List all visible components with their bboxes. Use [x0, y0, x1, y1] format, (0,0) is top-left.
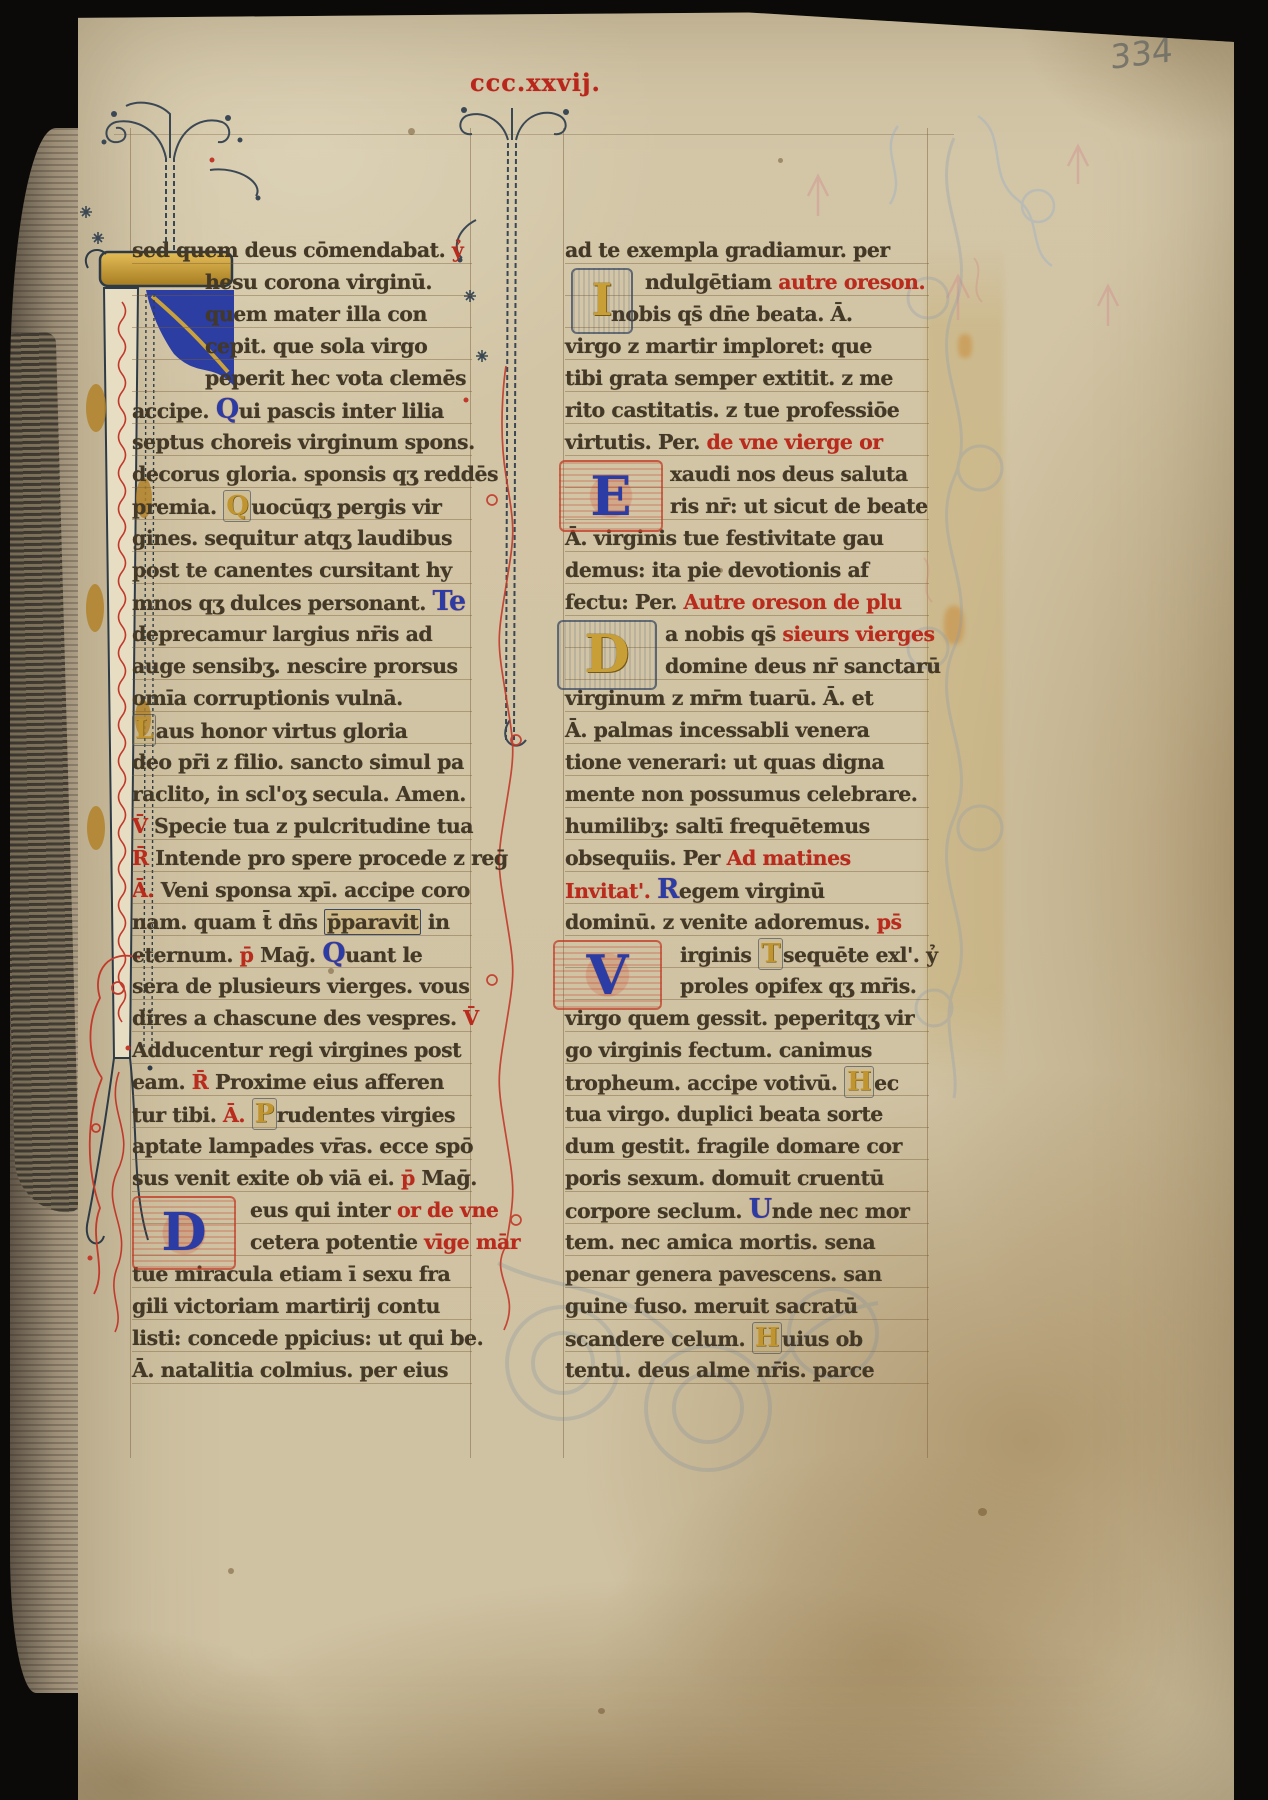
- body-text: listi: concede ppicius: ut qui be.: [132, 1326, 483, 1350]
- text-line: nobis qs̄ dn̄e beata. Ā.: [565, 298, 929, 330]
- rubric-text: de vne vierge or: [707, 430, 883, 454]
- text-line: Invitat'. Regem virginū: [565, 874, 929, 906]
- right-text-column: ad te exempla gradiamur. perndulgētiam a…: [565, 234, 929, 1404]
- body-text: poris sexum. domuit cruentū: [565, 1166, 884, 1190]
- parchment-leaf: ccc.xxvij. 334: [78, 8, 1234, 1800]
- text-line: ad te exempla gradiamur. per: [565, 234, 929, 266]
- body-text: uius ob: [782, 1327, 863, 1351]
- text-line: Adducentur regi virgines post: [132, 1034, 472, 1066]
- text-line: peperit hec vota clemēs: [132, 362, 472, 394]
- body-text: Specie tua z pulcritudine tua: [154, 814, 473, 838]
- manuscript-photo: ccc.xxvij. 334: [0, 0, 1268, 1800]
- inline-initial: U: [749, 1194, 772, 1225]
- text-line: post te canentes cursitant hy: [132, 554, 472, 586]
- text-line: a nobis qs̄ sieurs vierges: [565, 618, 929, 650]
- text-line: corpore seclum. Unde nec mor: [565, 1194, 929, 1226]
- stain-speck: [598, 1708, 605, 1714]
- body-text: Maḡ.: [260, 943, 322, 967]
- rubric-text: p̄: [240, 943, 260, 967]
- body-text: tue miracula etiam ī sexu fra: [132, 1262, 450, 1286]
- rubric-text: Ā.: [223, 1103, 252, 1127]
- text-line: tua virgo. duplici beata sorte: [565, 1098, 929, 1130]
- text-line: mnos qʒ dulces personant. Te: [132, 586, 472, 618]
- body-text: go virginis fectum. canimus: [565, 1038, 872, 1062]
- text-line: Ā. virginis tue festivitate gau: [565, 522, 929, 554]
- text-line: tue miracula etiam ī sexu fra: [132, 1258, 472, 1290]
- body-text: Adducentur regi virgines post: [132, 1038, 461, 1062]
- body-text: mnos qʒ dulces personant.: [132, 591, 433, 615]
- text-line: Ā. palmas incessabli venera: [565, 714, 929, 746]
- body-text: hesu corona virginū.: [205, 270, 432, 294]
- rubric-text: or de vne: [397, 1198, 498, 1222]
- rubric-text: ỷ: [445, 238, 463, 262]
- rubric-text: Ā.: [132, 878, 161, 902]
- body-text: dominū. z venite adoremus.: [565, 910, 877, 934]
- body-text: uocūqʒ pergis vir: [251, 495, 441, 519]
- body-text: gili victoriam martirij contu: [132, 1294, 440, 1318]
- body-text: peperit hec vota clemēs: [205, 366, 466, 390]
- text-line: dum gestit. fragile domare cor: [565, 1130, 929, 1162]
- text-line: ndulgētiam autre oreson.: [565, 266, 929, 298]
- text-line: rito castitatis. z tue professiōe: [565, 394, 929, 426]
- body-text: Veni sponsa xpī. accipe coro: [161, 878, 470, 902]
- text-line: dominū. z venite adoremus. ps̄: [565, 906, 929, 938]
- stain-speck: [328, 968, 334, 974]
- stain-speck: [978, 1508, 987, 1516]
- inline-initial: Te: [433, 586, 466, 617]
- body-text: premia.: [132, 495, 223, 519]
- text-line: tibi grata semper extitit. z me: [565, 362, 929, 394]
- text-line: fectu: Per. Autre oreson de plu: [565, 586, 929, 618]
- inline-initial: P: [252, 1098, 277, 1130]
- body-text: sera de plusieurs vierges. vous: [132, 974, 469, 998]
- text-line: virginum z mr̄m tuarū. Ā. et: [565, 682, 929, 714]
- body-text: virgo z martir imploret: que: [565, 334, 872, 358]
- text-line: tentu. deus alme nr̄is. parce: [565, 1354, 929, 1386]
- text-line: V̄ Specie tua z pulcritudine tua: [132, 810, 472, 842]
- facing-folio-text-edge: [10, 332, 80, 1213]
- left-text-column: sed quem deus cōmendabat. ỷhesu corona v…: [132, 234, 472, 1404]
- body-text: ec: [874, 1071, 899, 1095]
- body-text: penar genera pavescens. san: [565, 1262, 882, 1286]
- rubric-text: Autre oreson de plu: [684, 590, 902, 614]
- text-line: nam. quam t̄ dn̄s p̄paravit in: [132, 906, 472, 938]
- text-line: gili victoriam martirij contu: [132, 1290, 472, 1322]
- body-text: sus venit exite ob viā ei.: [132, 1166, 401, 1190]
- body-text: Proxime eius afferen: [215, 1070, 444, 1094]
- rubric-text: p̄: [401, 1166, 421, 1190]
- inline-initial: R: [657, 874, 679, 905]
- body-text: in: [421, 910, 449, 934]
- stain-speck: [778, 158, 783, 163]
- text-line: accipe. Qui pascis inter lilia: [132, 394, 472, 426]
- body-text: a nobis qs̄: [665, 622, 782, 646]
- text-line: dires a chascune des vespres. V̄: [132, 1002, 472, 1034]
- body-text: tua virgo. duplici beata sorte: [565, 1102, 883, 1126]
- page-heading-roman-numeral: ccc.xxvij.: [470, 68, 601, 97]
- body-text: post te canentes cursitant hy: [132, 558, 452, 582]
- rubric-text: V̄: [132, 814, 154, 838]
- body-text: aus honor virtus gloria: [156, 719, 408, 743]
- inline-initial: H: [752, 1322, 782, 1354]
- rubric-text: Ad matines: [727, 846, 851, 870]
- body-text: eternum.: [132, 943, 240, 967]
- text-line: go virginis fectum. canimus: [565, 1034, 929, 1066]
- body-text: sed quem deus cōmendabat.: [132, 238, 445, 262]
- text-line: Ā. natalitia colmius. per eius: [132, 1354, 472, 1386]
- body-text: egem virginū: [679, 879, 825, 903]
- text-line: domine deus nr̄ sanctarū: [565, 650, 929, 682]
- body-text: p̄paravit: [324, 909, 421, 935]
- body-text: fectu: Per.: [565, 590, 684, 614]
- text-line: R̄ Intende pro spere procede z reḡ: [132, 842, 472, 874]
- rubric-text: R̄: [192, 1070, 215, 1094]
- body-text: demus: ita pie devotionis af: [565, 558, 869, 582]
- body-text: rito castitatis. z tue professiōe: [565, 398, 899, 422]
- body-text: Maḡ.: [421, 1166, 476, 1190]
- text-line: scandere celum. Huius ob: [565, 1322, 929, 1354]
- text-line: eternum. p̄ Maḡ. Quant le: [132, 938, 472, 970]
- body-text: nam. quam t̄ dn̄s: [132, 910, 324, 934]
- body-text: nde nec mor: [772, 1199, 910, 1223]
- text-line: tur tibi. Ā. Prudentes virgies: [132, 1098, 472, 1130]
- text-line: virgo quem gessit. peperitqʒ vir: [565, 1002, 929, 1034]
- rubric-text: vīge mār: [424, 1230, 520, 1254]
- body-text: ad te exempla gradiamur. per: [565, 238, 890, 262]
- text-line: omīa corruptionis vulnā.: [132, 682, 472, 714]
- body-text: tropheum. accipe votivū.: [565, 1071, 844, 1095]
- body-text: irginis: [680, 943, 758, 967]
- text-line: xaudi nos deus saluta: [565, 458, 929, 490]
- body-text: tibi grata semper extitit. z me: [565, 366, 893, 390]
- body-text: gines. sequitur atqʒ laudibus: [132, 526, 452, 550]
- body-text: Intende pro spere procede z reḡ: [155, 846, 508, 870]
- text-line: sus venit exite ob viā ei. p̄ Maḡ.: [132, 1162, 472, 1194]
- body-text: septus choreis virginum spons.: [132, 430, 475, 454]
- text-line: deprecamur largius nr̄is ad: [132, 618, 472, 650]
- body-text: quem mater illa con: [205, 302, 427, 326]
- text-line: cepit. que sola virgo: [132, 330, 472, 362]
- text-line: quem mater illa con: [132, 298, 472, 330]
- body-text: xaudi nos deus saluta: [670, 462, 908, 486]
- body-text: omīa corruptionis vulnā.: [132, 686, 403, 710]
- body-text: ris nr̄: ut sicut de beate: [670, 494, 928, 518]
- body-text: deprecamur largius nr̄is ad: [132, 622, 432, 646]
- text-line: virgo z martir imploret: que: [565, 330, 929, 362]
- text-line: tem. nec amica mortis. sena: [565, 1226, 929, 1258]
- text-line: Laus honor virtus gloria: [132, 714, 472, 746]
- inline-initial: Q: [216, 394, 239, 425]
- body-text: Ā. virginis tue festivitate gau: [565, 526, 884, 550]
- body-text: Ā. palmas incessabli venera: [565, 718, 869, 742]
- text-line: sera de plusieurs vierges. vous: [132, 970, 472, 1002]
- text-line: proles opifex qʒ mr̄is.: [565, 970, 929, 1002]
- body-text: auge sensibʒ. nescire prorsus: [132, 654, 458, 678]
- text-line: cetera potentie vīge mār: [132, 1226, 472, 1258]
- rubric-text: Invitat'.: [565, 879, 657, 903]
- body-text: ndulgētiam: [645, 270, 778, 294]
- text-line: penar genera pavescens. san: [565, 1258, 929, 1290]
- body-text: corpore seclum.: [565, 1199, 749, 1223]
- text-line: decorus gloria. sponsis qʒ reddēs: [132, 458, 472, 490]
- stain-speck: [228, 1568, 234, 1574]
- text-line: sed quem deus cōmendabat. ỷ: [132, 234, 472, 266]
- body-text: raclito, in scl'oʒ secula. Amen.: [132, 782, 466, 806]
- text-line: raclito, in scl'oʒ secula. Amen.: [132, 778, 472, 810]
- body-text: tione venerari: ut quas digna: [565, 750, 884, 774]
- text-line: hesu corona virginū.: [132, 266, 472, 298]
- stain-speck: [718, 568, 723, 573]
- body-text: scandere celum.: [565, 1327, 752, 1351]
- body-text: deo pr̄i z filio. sancto simul pa: [132, 750, 464, 774]
- text-line: eam. R̄ Proxime eius afferen: [132, 1066, 472, 1098]
- text-line: ris nr̄: ut sicut de beate: [565, 490, 929, 522]
- body-text: sequēte exl'. ỷ: [783, 943, 938, 967]
- text-line: irginis Tsequēte exl'. ỷ: [565, 938, 929, 970]
- rubric-text: ps̄: [877, 910, 902, 934]
- rubric-text: sieurs vierges: [782, 622, 934, 646]
- body-text: rudentes virgies: [277, 1103, 455, 1127]
- inline-initial: Q: [322, 938, 345, 969]
- text-line: deo pr̄i z filio. sancto simul pa: [132, 746, 472, 778]
- body-text: tem. nec amica mortis. sena: [565, 1230, 875, 1254]
- body-text: dires a chascune des vespres.: [132, 1006, 463, 1030]
- body-text: eus qui inter: [250, 1198, 397, 1222]
- body-text: dum gestit. fragile domare cor: [565, 1134, 902, 1158]
- body-text: cepit. que sola virgo: [205, 334, 427, 358]
- text-line: mente non possumus celebrare.: [565, 778, 929, 810]
- body-text: Ā. natalitia colmius. per eius: [132, 1358, 448, 1382]
- body-text: nobis qs̄ dn̄e beata. Ā.: [611, 302, 853, 326]
- text-line: listi: concede ppicius: ut qui be.: [132, 1322, 472, 1354]
- body-text: mente non possumus celebrare.: [565, 782, 917, 806]
- inline-initial: T: [758, 938, 783, 970]
- pen-flourish-ornament-left: [60, 100, 290, 250]
- body-text: proles opifex qʒ mr̄is.: [680, 974, 916, 998]
- body-text: aptate lampades vr̄as. ecce spō: [132, 1134, 473, 1158]
- rubric-text: autre oreson.: [778, 270, 925, 294]
- folio-number-pencil: 334: [1110, 30, 1173, 77]
- body-text: cetera potentie: [250, 1230, 424, 1254]
- inline-initial: H: [844, 1066, 874, 1098]
- text-line: aptate lampades vr̄as. ecce spō: [132, 1130, 472, 1162]
- text-line: eus qui inter or de vne: [132, 1194, 472, 1226]
- inline-initial: L: [132, 714, 156, 746]
- inline-initial: Q: [223, 490, 251, 522]
- text-line: humilibʒ: saltī frequētemus: [565, 810, 929, 842]
- body-text: uant le: [345, 943, 422, 967]
- text-line: septus choreis virginum spons.: [132, 426, 472, 458]
- body-text: eam.: [132, 1070, 192, 1094]
- text-line: poris sexum. domuit cruentū: [565, 1162, 929, 1194]
- text-line: tione venerari: ut quas digna: [565, 746, 929, 778]
- body-text: ui pascis inter lilia: [239, 399, 444, 423]
- text-line: demus: ita pie devotionis af: [565, 554, 929, 586]
- stain-speck: [408, 128, 415, 135]
- text-line: tropheum. accipe votivū. Hec: [565, 1066, 929, 1098]
- rubric-text: V̄: [463, 1006, 478, 1030]
- text-line: obsequiis. Per Ad matines: [565, 842, 929, 874]
- body-text: tur tibi.: [132, 1103, 223, 1127]
- text-line: virtutis. Per. de vne vierge or: [565, 426, 929, 458]
- body-text: domine deus nr̄ sanctarū: [665, 654, 941, 678]
- text-line: Ā. Veni sponsa xpī. accipe coro: [132, 874, 472, 906]
- body-text: accipe.: [132, 399, 216, 423]
- body-text: obsequiis. Per: [565, 846, 727, 870]
- text-line: premia. Quocūqʒ pergis vir: [132, 490, 472, 522]
- body-text: humilibʒ: saltī frequētemus: [565, 814, 870, 838]
- text-line: guine fuso. meruit sacratū: [565, 1290, 929, 1322]
- body-text: tentu. deus alme nr̄is. parce: [565, 1358, 874, 1382]
- body-text: guine fuso. meruit sacratū: [565, 1294, 858, 1318]
- body-text: virginum z mr̄m tuarū. Ā. et: [565, 686, 873, 710]
- body-text: virtutis. Per.: [565, 430, 707, 454]
- body-text: virgo quem gessit. peperitqʒ vir: [565, 1006, 914, 1030]
- text-line: auge sensibʒ. nescire prorsus: [132, 650, 472, 682]
- body-text: decorus gloria. sponsis qʒ reddēs: [132, 462, 498, 486]
- text-line: gines. sequitur atqʒ laudibus: [132, 522, 472, 554]
- rubric-text: R̄: [132, 846, 155, 870]
